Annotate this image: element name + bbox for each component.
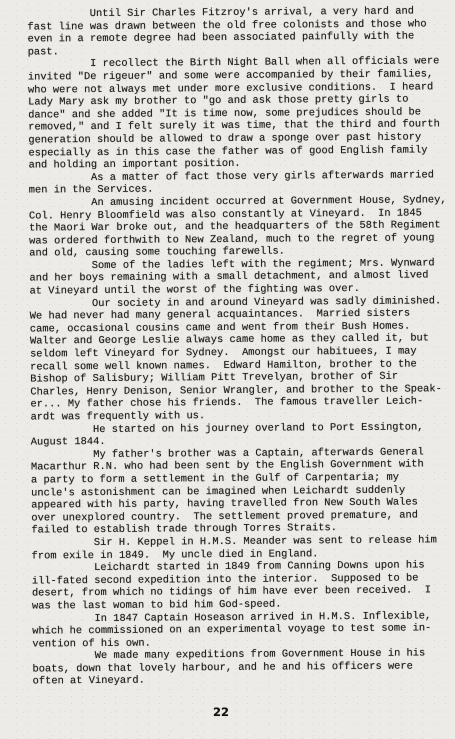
page-number: 22 — [0, 705, 442, 719]
document-page: Until Sir Charles Fitzroy's arrival, a v… — [0, 0, 455, 739]
text-line: often at Vineyard. — [33, 673, 451, 689]
page-text: Until Sir Charles Fitzroy's arrival, a v… — [0, 5, 450, 689]
